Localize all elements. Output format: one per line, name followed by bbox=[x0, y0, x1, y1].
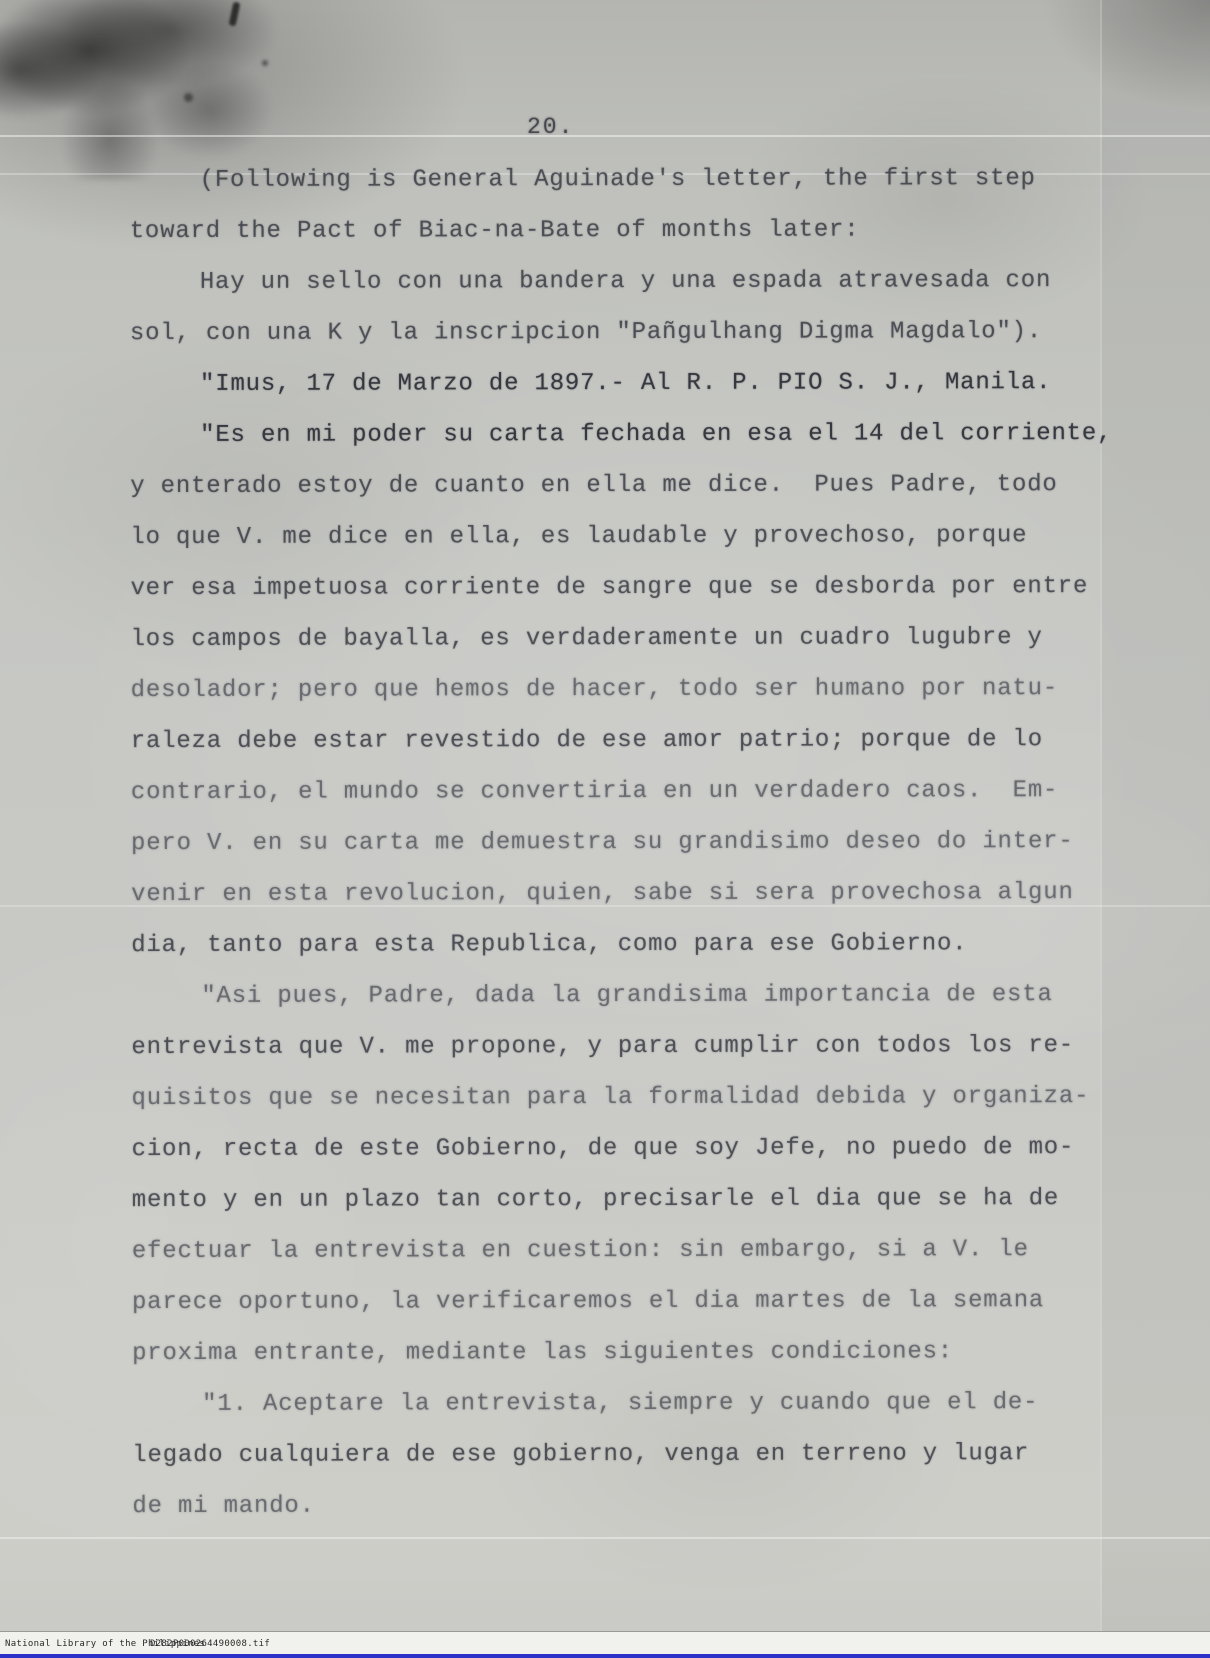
text-line: legado cualquiera de ese gobierno, venga… bbox=[132, 1432, 1152, 1485]
text-line: "Es en mi poder su carta fechada en esa … bbox=[130, 412, 1150, 465]
text-line: de mi mando. bbox=[132, 1483, 1152, 1536]
text-line: mento y en un plazo tan corto, precisarl… bbox=[132, 1177, 1152, 1230]
scanner-bottom-strip bbox=[0, 1654, 1210, 1658]
text-line: contrario, el mundo se convertiria en un… bbox=[131, 769, 1151, 822]
text-line: entrevista que V. me propone, y para cum… bbox=[131, 1024, 1151, 1077]
text-line: Hay un sello con una bandera y una espad… bbox=[130, 259, 1150, 312]
text-line: "Asi pues, Padre, dada la grandisima imp… bbox=[131, 973, 1151, 1026]
footer-filename-label: D282P000264490008.tif bbox=[150, 1639, 270, 1649]
ink-stain-blotch bbox=[0, 0, 320, 180]
text-line: ver esa impetuosa corriente de sangre qu… bbox=[130, 565, 1150, 618]
scanline-artifact bbox=[0, 1537, 1210, 1539]
text-line: parece oportuno, la verificaremos el dia… bbox=[132, 1279, 1152, 1332]
text-line: dia, tanto para esta Republica, como par… bbox=[131, 922, 1151, 975]
text-line: proxima entrante, mediante las siguiente… bbox=[132, 1330, 1152, 1383]
scanline-artifact bbox=[0, 135, 1210, 137]
page-number: 20. bbox=[527, 114, 574, 140]
text-line: y enterado estoy de cuanto en ella me di… bbox=[130, 463, 1150, 516]
text-line: "Imus, 17 de Marzo de 1897.- Al R. P. PI… bbox=[130, 361, 1150, 414]
scanner-footer-bar: National Library of the Philippines D282… bbox=[0, 1631, 1210, 1654]
text-line: sol, con una K y la inscripcion "Pañgulh… bbox=[130, 310, 1150, 363]
text-line: los campos de bayalla, es verdaderamente… bbox=[131, 616, 1151, 669]
text-line: efectuar la entrevista en cuestion: sin … bbox=[132, 1228, 1152, 1281]
text-line: toward the Pact of Biac-na-Bate of month… bbox=[130, 208, 1150, 261]
text-line: pero V. en su carta me demuestra su gran… bbox=[131, 820, 1151, 873]
text-line: "1. Aceptare la entrevista, siempre y cu… bbox=[132, 1381, 1152, 1434]
text-line: cion, recta de este Gobierno, de que soy… bbox=[132, 1126, 1152, 1179]
text-line: lo que V. me dice en ella, es laudable y… bbox=[130, 514, 1150, 567]
text-line: venir en esta revolucion, quien, sabe si… bbox=[131, 871, 1151, 924]
pen-tick-mark bbox=[229, 2, 241, 27]
scanned-document-page: 20. (Following is General Aguinade's let… bbox=[0, 0, 1210, 1658]
text-line: raleza debe estar revestido de ese amor … bbox=[131, 718, 1151, 771]
ink-speck bbox=[184, 93, 193, 102]
ink-speck bbox=[262, 60, 268, 66]
text-line: desolador; pero que hemos de hacer, todo… bbox=[131, 667, 1151, 720]
text-line: (Following is General Aguinade's letter,… bbox=[130, 157, 1150, 210]
text-line: quisitos que se necesitan para la formal… bbox=[131, 1075, 1151, 1128]
document-text: (Following is General Aguinade's letter,… bbox=[130, 157, 1153, 1536]
